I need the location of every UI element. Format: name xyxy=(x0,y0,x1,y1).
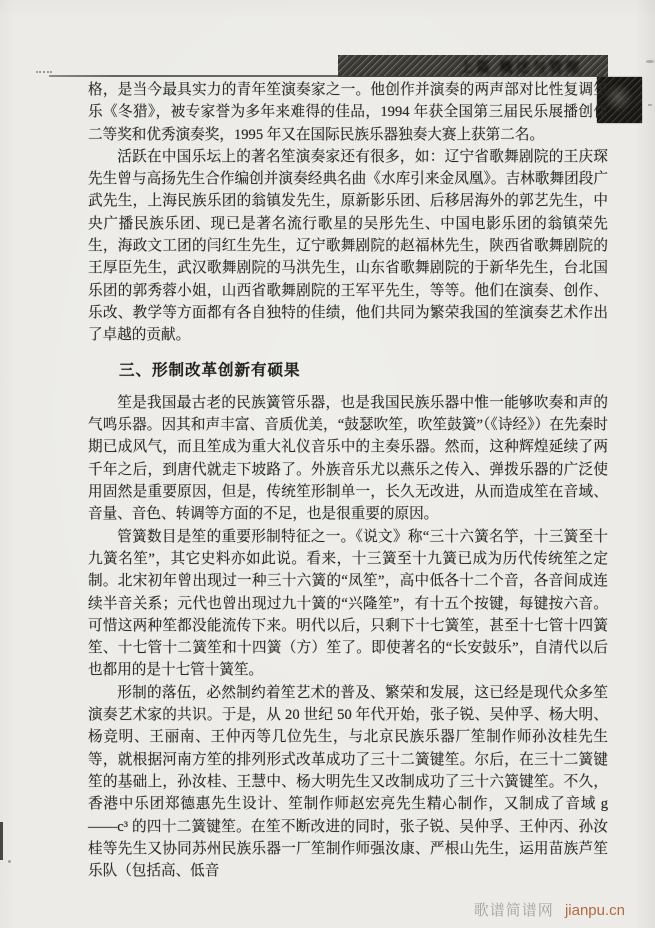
watermark-site-name: 歌谱简谱网 xyxy=(474,902,554,919)
body-paragraph: 活跃在中国乐坛上的著名笙演奏家还有很多，如：辽宁省歌舞剧院的王庆琛先生曾与高扬先… xyxy=(88,146,608,347)
scan-speck xyxy=(646,60,654,63)
section-heading: 三、形制改革创新有硕果 xyxy=(88,360,608,382)
body-paragraph: 笙是我国最古老的民族簧管乐器，也是我国民族乐器中惟一能够吹奏和声的气鸣乐器。因其… xyxy=(88,392,608,526)
scan-speck xyxy=(648,104,652,106)
body-paragraph: 格，是当今最具实力的青年笙演奏家之一。他创作并演奏的两声部对比性复调笙乐《冬猎》… xyxy=(88,79,608,146)
scan-artifact-dashes xyxy=(36,71,52,73)
scan-artifact-edge xyxy=(0,822,3,860)
running-header-band: 上篇 概述与管理 xyxy=(338,55,608,76)
watermark-site-url[interactable]: jianpu.cn xyxy=(565,902,625,919)
scan-speck xyxy=(8,860,11,863)
body-paragraph: 形制的落伍，必然制约着笙艺术的普及、繁荣和发展，这已经是现代众多笙演奏艺术家的共… xyxy=(88,682,608,883)
watermark: 歌谱简谱网 jianpu.cn xyxy=(474,899,625,920)
body-paragraph: 管簧数目是笙的重要形制特征之一。《说文》称“三十六簧名竽，十三簧至十九簧名笙”，… xyxy=(88,526,608,682)
running-header-text: 上篇 概述与管理 xyxy=(460,56,582,76)
page-body: 格，是当今最具实力的青年笙演奏家之一。他创作并演奏的两声部对比性复调笙乐《冬猎》… xyxy=(88,79,608,882)
